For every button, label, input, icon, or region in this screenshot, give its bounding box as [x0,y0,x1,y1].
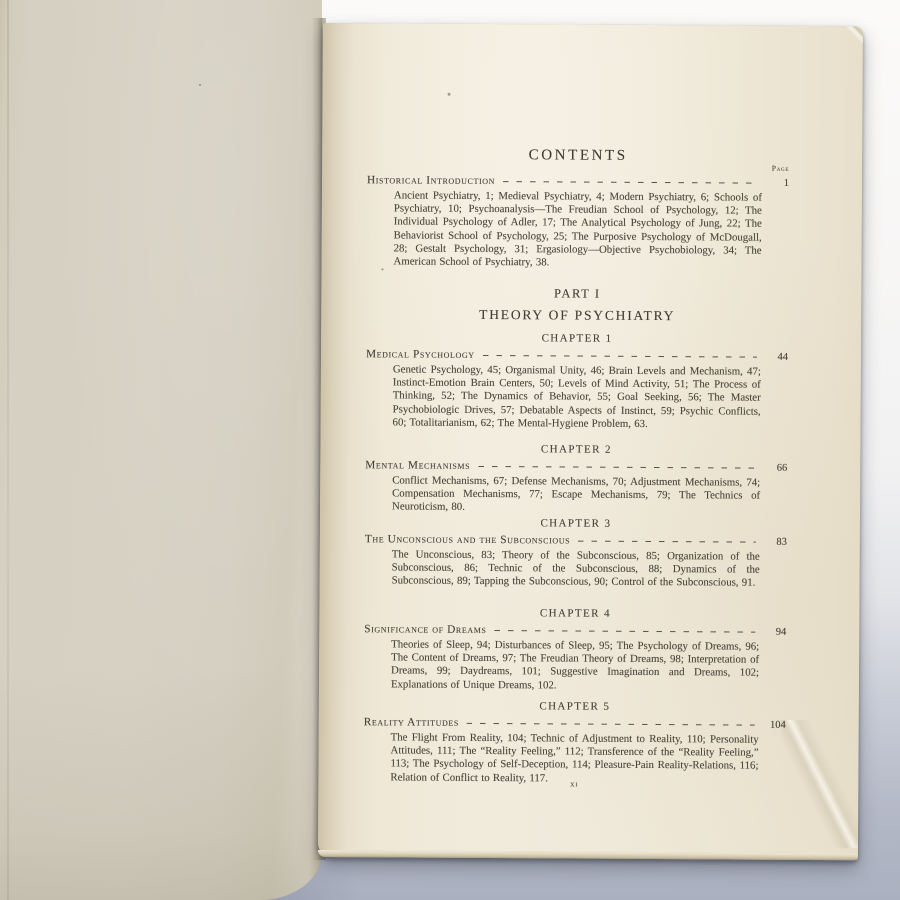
chapter-label: CHAPTER 5 [364,699,786,715]
right-page-surface: CONTENTS Page Historical Introduction 1 … [318,23,863,853]
toc-entry-chapter-5: CHAPTER 5 Reality Attitudes 104 The Flig… [363,699,786,786]
dot-leader [478,460,756,472]
page-corner-crease [780,720,859,848]
part-label: PART I [366,285,788,302]
entry-page-number: 1 [767,177,789,191]
chapter-label: CHAPTER 1 [366,331,788,347]
entry-title: Reality Attitudes [364,715,459,730]
dot-leader [467,717,755,729]
right-page: CONTENTS Page Historical Introduction 1 … [318,23,863,860]
dot-leader [483,349,757,361]
entry-summary: The Unconscious, 83; Theory of the Subco… [392,548,760,590]
entry-heading-row: Mental Mechanisms 66 [365,458,787,476]
entry-page-number: 104 [764,719,786,733]
entry-title: Historical Introduction [367,173,495,188]
dot-leader [578,535,756,546]
dot-leader [494,624,755,636]
entry-heading-row: The Unconscious and the Subconscious 83 [365,532,787,550]
toc-entry-chapter-2: CHAPTER 2 Mental Mechanisms 66 Conflict … [365,442,787,516]
entry-page-number: 83 [765,536,787,550]
folio-page-number: xi [363,777,785,790]
entry-heading-row: Significance of Dreams 94 [364,622,786,640]
toc-entry-chapter-4: CHAPTER 4 Significance of Dreams 94 Theo… [364,606,787,693]
entry-title: Significance of Dreams [364,622,486,637]
entry-page-number: 94 [764,626,786,640]
entry-summary: Ancient Psychiatry, 1; Medieval Psychiat… [394,189,762,270]
toc-entry-introduction: Historical Introduction 1 Ancient Psychi… [367,173,790,271]
toc-entry-chapter-3: CHAPTER 3 The Unconscious and the Subcon… [365,516,787,590]
left-page [0,0,322,900]
part-title: THEORY OF PSYCHIATRY [366,306,788,324]
entry-page-number: 66 [765,462,787,476]
toc-entry-chapter-1: CHAPTER 1 Medical Psychology 44 Genetic … [366,331,789,432]
toc-content: CONTENTS Page Historical Introduction 1 … [363,23,790,853]
entry-title: Mental Mechanisms [365,458,470,473]
chapter-label: CHAPTER 4 [364,606,786,622]
dot-leader [503,175,758,187]
chapter-label: CHAPTER 2 [365,442,787,458]
entry-summary: Theories of Sleep, 94; Disturbances of S… [391,638,759,693]
page-column-label: Page [367,161,789,173]
entry-title: Medical Psychology [366,347,475,362]
entry-heading-row: Reality Attitudes 104 [364,715,786,733]
entry-title: The Unconscious and the Subconscious [365,532,570,547]
entry-summary: Conflict Mechanisms, 67; Defense Mechani… [392,474,760,516]
entry-page-number: 44 [766,351,788,365]
paper-speck [199,84,201,86]
entry-heading-row: Historical Introduction 1 [367,173,789,191]
page-corner-wear [827,26,863,54]
entry-heading-row: Medical Psychology 44 [366,347,788,365]
entry-summary: Genetic Psychology, 45; Organismal Unity… [393,363,761,431]
chapter-label: CHAPTER 3 [365,516,787,532]
part-heading: PART I THEORY OF PSYCHIATRY [366,285,788,324]
